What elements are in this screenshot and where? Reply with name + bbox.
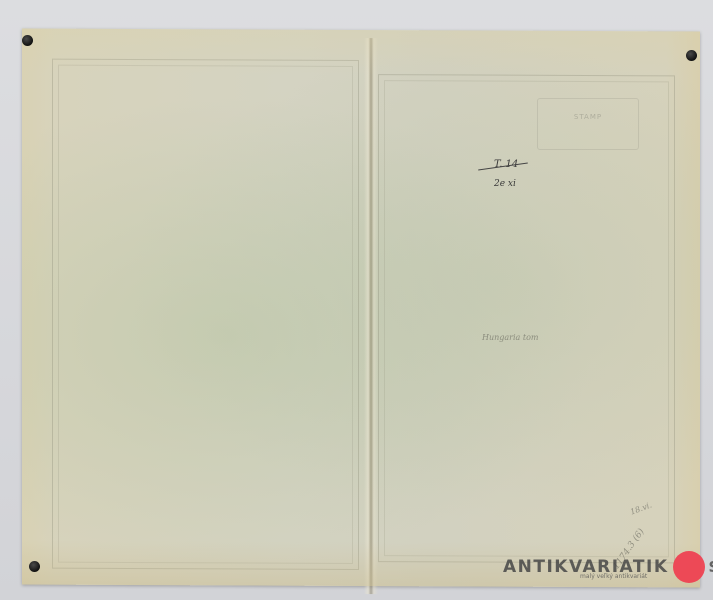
right-sheet-inner-border — [384, 80, 669, 557]
watermark-suffix: SK — [709, 558, 713, 576]
watermark-dot-icon — [673, 551, 705, 583]
faint-stamp: STAMP — [537, 98, 639, 150]
pin-top-left — [22, 35, 33, 46]
left-sheet-inner-border — [58, 65, 353, 564]
pin-bottom-left — [29, 561, 40, 572]
watermark-tagline: malý veľký antikvariát — [580, 573, 647, 580]
pin-top-right — [686, 50, 697, 61]
pencil-note-center: Hungaria tom — [482, 334, 538, 342]
center-fold-seam — [364, 38, 378, 594]
pencil-note-top-line2: 2e xi — [494, 180, 516, 189]
